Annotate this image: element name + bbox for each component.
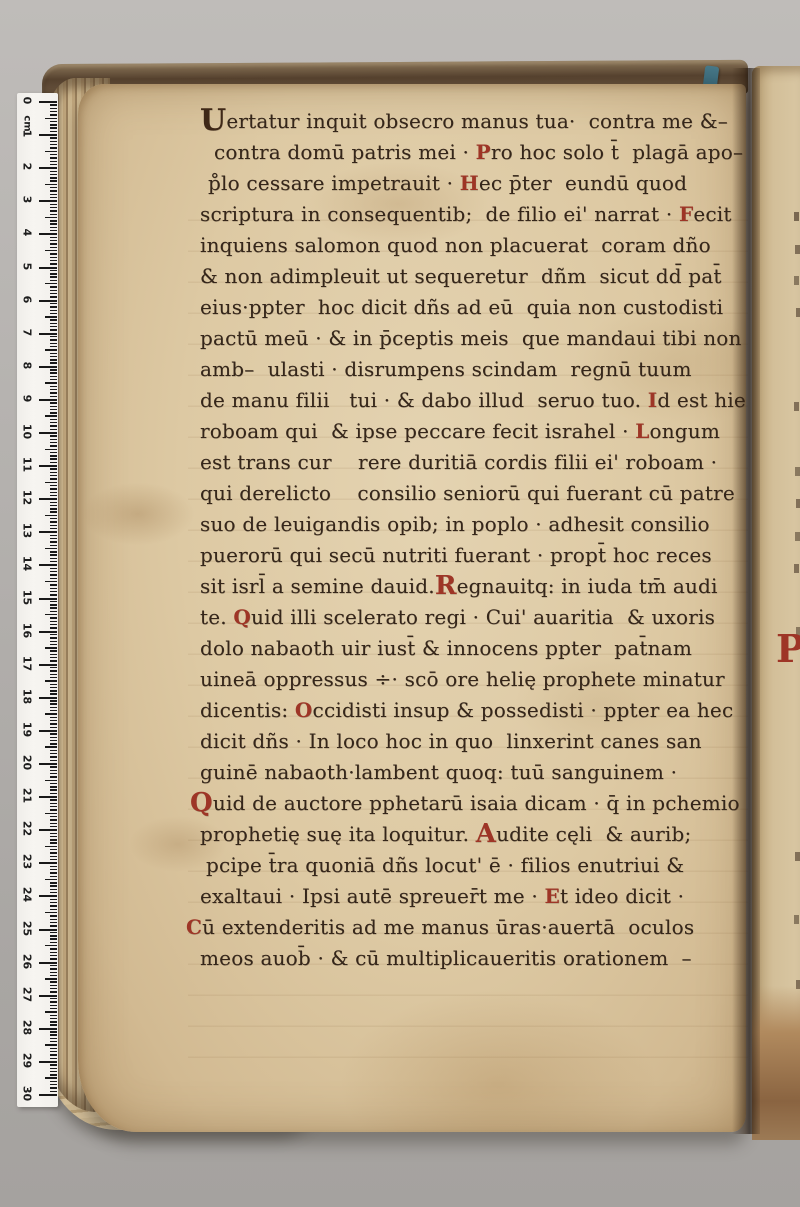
- ruler-number: 13: [21, 516, 34, 546]
- ruler-tick: [50, 326, 57, 327]
- ruler-tick: [50, 207, 57, 208]
- ruler-tick: [50, 756, 57, 757]
- ruler-tick: [50, 905, 57, 906]
- ruler-tick: [50, 770, 57, 771]
- ruler-tick: [50, 177, 57, 178]
- ruler-tick: [45, 746, 57, 747]
- ruler-tick: [50, 690, 57, 691]
- ruler-tick: [50, 412, 57, 413]
- ruler-tick: [39, 995, 57, 997]
- ruler-tick: [50, 588, 57, 589]
- ruler-tick: [50, 819, 57, 820]
- ruler-tick: [50, 171, 57, 172]
- manuscript-line: dolo nabaoth uir iust̄ & innocens ppter …: [200, 633, 760, 664]
- ruler-tick: [50, 545, 57, 546]
- ruler-tick: [50, 1024, 57, 1025]
- ruler-tick: [39, 829, 57, 831]
- ruler-tick: [50, 637, 57, 638]
- ruler-tick: [50, 624, 57, 625]
- ruler-tick: [50, 144, 57, 145]
- ruler-number: 5: [21, 251, 34, 281]
- ruler-tick: [50, 462, 57, 463]
- ruler-tick: [50, 561, 57, 562]
- ruler-tick: [50, 627, 57, 628]
- ruler-tick: [39, 1061, 57, 1063]
- ruler-tick: [45, 548, 57, 549]
- ruler-tick: [50, 478, 57, 479]
- manuscript-page: Uertatur inquit obsecro manus tua· contr…: [78, 84, 746, 1132]
- ruler-tick: [50, 1008, 57, 1009]
- ruler-number: 15: [21, 582, 34, 612]
- ruler-tick: [50, 743, 57, 744]
- ruler-tick: [39, 366, 57, 368]
- ruler-tick: [50, 909, 57, 910]
- ruler-tick: [50, 607, 57, 608]
- ruler-tick: [50, 157, 57, 158]
- ruler-tick: [50, 693, 57, 694]
- ruler-tick: [50, 260, 57, 261]
- ruler-tick: [50, 720, 57, 721]
- ruler-tick: [50, 674, 57, 675]
- ruler-tick: [50, 362, 57, 363]
- ruler-tick: [39, 531, 57, 533]
- ruler-tick: [50, 760, 57, 761]
- ruler-tick: [50, 968, 57, 969]
- ruler-tick: [50, 518, 57, 519]
- ruler-tick: [50, 958, 57, 959]
- ruler-tick: [45, 316, 57, 317]
- ruler-tick: [50, 353, 57, 354]
- ruler-tick: [50, 571, 57, 572]
- ruler-tick: [50, 1034, 57, 1035]
- ruler-tick: [50, 359, 57, 360]
- ruler-tick: [50, 356, 57, 357]
- ruler-number: 16: [21, 615, 34, 645]
- manuscript-line: Uertatur inquit obsecro manus tua· contr…: [200, 106, 760, 137]
- ruler-tick: [50, 972, 57, 973]
- ruler-number: 9: [21, 383, 34, 413]
- ruler-tick: [50, 310, 57, 311]
- ruler-tick: [50, 1058, 57, 1059]
- ruler-tick: [50, 104, 57, 105]
- manuscript-line: roboam qui & ipse peccare fecit israhel …: [200, 416, 760, 447]
- ruler-tick: [50, 131, 57, 132]
- ruler-tick: [50, 806, 57, 807]
- manuscript-line: uineā oppressus ÷· scō ore helię prophet…: [200, 664, 760, 695]
- ruler-tick: [50, 793, 57, 794]
- ruler-tick: [50, 108, 57, 109]
- ruler-tick: [50, 981, 57, 982]
- ruler-tick: [50, 932, 57, 933]
- ruler-tick: [50, 551, 57, 552]
- ruler-tick: [50, 263, 57, 264]
- ruler-tick: [39, 895, 57, 897]
- ruler-tick: [50, 502, 57, 503]
- ruler-tick: [50, 823, 57, 824]
- ruler-tick: [50, 372, 57, 373]
- ruler-number: 26: [21, 946, 34, 976]
- ruler-tick: [50, 369, 57, 370]
- ruler-tick: [50, 452, 57, 453]
- ruler-tick: [50, 492, 57, 493]
- ruler-tick: [50, 392, 57, 393]
- manuscript-line: Quid de auctore pphetarū isaia dicam · q…: [190, 788, 760, 819]
- ruler-tick: [50, 1048, 57, 1049]
- ruler-tick: [45, 945, 57, 946]
- ruler-tick: [50, 988, 57, 989]
- ruler-tick: [50, 455, 57, 456]
- ruler-tick: [50, 190, 57, 191]
- ruler-tick: [39, 498, 57, 500]
- ruler-tick: [50, 1005, 57, 1006]
- ruler-tick: [50, 204, 57, 205]
- ruler-tick: [50, 849, 57, 850]
- ruler-tick: [50, 985, 57, 986]
- ruler-tick: [50, 425, 57, 426]
- ruler-tick: [50, 293, 57, 294]
- ruler-tick: [50, 1064, 57, 1065]
- ruler-tick: [50, 1038, 57, 1039]
- ruler-number: 21: [21, 781, 34, 811]
- manuscript-line: suo de leuigandis opib; in poplo · adhes…: [200, 509, 760, 540]
- manuscript-text: Uertatur inquit obsecro manus tua· contr…: [200, 106, 760, 974]
- ruler-tick: [50, 789, 57, 790]
- manuscript-line: dicentis: Occidisti insup & possedisti ·…: [200, 695, 760, 726]
- ruler-tick: [50, 124, 57, 125]
- ruler-number: 27: [21, 979, 34, 1009]
- ruler-tick: [45, 1044, 57, 1045]
- ruler-tick: [50, 925, 57, 926]
- manuscript-line: dicit dñs · In loco hoc in quo linxerint…: [200, 726, 760, 757]
- ruler-tick: [45, 283, 57, 284]
- ruler-tick: [50, 902, 57, 903]
- ruler-tick: [45, 581, 57, 582]
- ruler-tick: [50, 296, 57, 297]
- ruler-tick: [50, 687, 57, 688]
- ruler-tick: [50, 1041, 57, 1042]
- ruler-tick: [50, 998, 57, 999]
- ruler-tick: [39, 564, 57, 566]
- manuscript-line: Cū extenderitis ad me manus ūras·auertā …: [186, 912, 760, 943]
- ruler-tick: [50, 842, 57, 843]
- ruler-tick: [50, 528, 57, 529]
- ruler-tick: [50, 1084, 57, 1085]
- ruler-tick: [50, 667, 57, 668]
- ruler-tick: [50, 223, 57, 224]
- ruler-number: 2: [21, 152, 34, 182]
- ruler-tick: [50, 386, 57, 387]
- ruler-tick: [45, 217, 57, 218]
- ruler-tick: [50, 121, 57, 122]
- ruler-tick: [50, 435, 57, 436]
- ruler-tick: [50, 727, 57, 728]
- ruler-tick: [50, 773, 57, 774]
- ruler-tick: [50, 654, 57, 655]
- ruler-tick: [39, 134, 57, 136]
- ruler-number: 22: [21, 814, 34, 844]
- gutter-shadow: [732, 68, 760, 1134]
- ruler-tick: [50, 323, 57, 324]
- ruler-tick: [50, 965, 57, 966]
- ruler-tick: [50, 660, 57, 661]
- ruler-tick: [50, 723, 57, 724]
- ruler-tick: [50, 194, 57, 195]
- ruler-tick: [50, 247, 57, 248]
- ruler-tick: [50, 1074, 57, 1075]
- ruler-tick: [50, 114, 57, 115]
- ruler-tick: [50, 1031, 57, 1032]
- ruler-tick: [45, 250, 57, 251]
- ruler-tick: [50, 1018, 57, 1019]
- ruler-tick: [50, 710, 57, 711]
- ruler-tick: [50, 147, 57, 148]
- ruler-tick: [50, 892, 57, 893]
- ruler-tick: [39, 796, 57, 798]
- manuscript-line: eius·ppter hoc dicit dñs ad eū quia non …: [200, 292, 760, 323]
- ruler-tick: [39, 862, 57, 864]
- ruler-tick: [50, 650, 57, 651]
- ruler-tick: [39, 1028, 57, 1030]
- ruler-tick: [50, 111, 57, 112]
- ruler-tick: [50, 409, 57, 410]
- ruler-tick: [50, 227, 57, 228]
- ruler-tick: [50, 975, 57, 976]
- ruler-tick: [50, 1081, 57, 1082]
- ruler-tick: [45, 1077, 57, 1078]
- ruler-tick: [45, 482, 57, 483]
- ruler-tick: [50, 799, 57, 800]
- ruler-number: 17: [21, 648, 34, 678]
- ruler-tick: [50, 1015, 57, 1016]
- ruler-tick: [50, 889, 57, 890]
- ruler-tick: [50, 952, 57, 953]
- ruler-tick: [39, 333, 57, 335]
- ruler-tick: [50, 442, 57, 443]
- ruler-tick: [50, 856, 57, 857]
- ruler-tick: [45, 879, 57, 880]
- ruler-tick: [50, 872, 57, 873]
- ruler-tick: [50, 220, 57, 221]
- ruler-tick: [50, 677, 57, 678]
- ruler-tick: [50, 273, 57, 274]
- ruler-tick: [50, 584, 57, 585]
- manuscript-line: prophetię suę ita loquitur. Audite cęli …: [200, 819, 760, 850]
- ruler-tick: [39, 631, 57, 633]
- ruler-tick: [45, 647, 57, 648]
- ruler-tick: [50, 816, 57, 817]
- ruler-tick: [50, 339, 57, 340]
- ruler-tick: [50, 468, 57, 469]
- ruler-tick: [45, 415, 57, 416]
- ruler-tick: [50, 276, 57, 277]
- ruler-tick: [50, 750, 57, 751]
- ruler-tick: [39, 730, 57, 732]
- ruler-tick: [50, 511, 57, 512]
- ruler-tick: [39, 697, 57, 699]
- ruler-tick: [50, 396, 57, 397]
- ruler-tick: [50, 935, 57, 936]
- manuscript-photograph: Uertatur inquit obsecro manus tua· contr…: [0, 0, 800, 1207]
- ruler-tick: [39, 167, 57, 169]
- ruler-number: 6: [21, 284, 34, 314]
- ruler-tick: [50, 1087, 57, 1088]
- ruler-tick: [50, 164, 57, 165]
- ruler-tick: [50, 439, 57, 440]
- ruler-tick: [50, 270, 57, 271]
- ruler-tick: [39, 763, 57, 765]
- ruler-tick: [50, 604, 57, 605]
- manuscript-line: sit isrl̄ a semine dauid.Regnauitq: in i…: [200, 571, 760, 602]
- ruler-tick: [45, 978, 57, 979]
- manuscript-line: inquiens salomon quod non placuerat cora…: [200, 230, 760, 261]
- ruler-tick: [50, 1054, 57, 1055]
- ruler-tick: [50, 641, 57, 642]
- manuscript-line: pactū meū · & in p̄ceptis meis que manda…: [200, 323, 760, 354]
- cm-ruler: 0123456789101112131415161718192021222324…: [17, 93, 58, 1107]
- ruler-tick: [45, 118, 57, 119]
- ruler-number: 28: [21, 1012, 34, 1042]
- ruler-tick: [50, 826, 57, 827]
- ruler-tick: [45, 813, 57, 814]
- ruler-tick: [50, 594, 57, 595]
- ruler-tick: [50, 505, 57, 506]
- ruler-tick: [50, 535, 57, 536]
- ruler-tick: [45, 515, 57, 516]
- ruler-number: 8: [21, 350, 34, 380]
- facing-page-text-slivers: [794, 212, 799, 221]
- ruler-tick: [50, 303, 57, 304]
- ruler-unit-label: cm: [22, 109, 33, 139]
- ruler-tick: [50, 379, 57, 380]
- ruler-tick: [45, 449, 57, 450]
- ruler-tick: [50, 833, 57, 834]
- ruler-tick: [50, 948, 57, 949]
- ruler-tick: [50, 591, 57, 592]
- ruler-tick: [50, 319, 57, 320]
- ruler-tick: [50, 525, 57, 526]
- ruler-tick: [50, 197, 57, 198]
- ruler-tick: [50, 733, 57, 734]
- ruler-tick: [50, 154, 57, 155]
- ruler-tick: [39, 267, 57, 269]
- ruler-tick: [50, 634, 57, 635]
- manuscript-line: amb– ulasti · disrumpens scindam regnū t…: [200, 354, 760, 385]
- ruler-tick: [50, 538, 57, 539]
- manuscript-line: est trans cur rere duritiā cordis filii …: [200, 447, 760, 478]
- ruler-tick: [50, 753, 57, 754]
- ruler-tick: [39, 962, 57, 964]
- ruler-tick: [50, 670, 57, 671]
- ruler-tick: [50, 717, 57, 718]
- ruler-tick: [50, 336, 57, 337]
- ruler-tick: [39, 929, 57, 931]
- ruler-number: 24: [21, 880, 34, 910]
- ruler-tick: [50, 280, 57, 281]
- ruler-tick: [50, 700, 57, 701]
- manuscript-line: & non adimpleuit ut sequeretur dñm sicut…: [200, 261, 760, 292]
- ruler-tick: [50, 230, 57, 231]
- ruler-tick: [50, 141, 57, 142]
- manuscript-line: qui derelicto consilio seniorū qui fuera…: [200, 478, 760, 509]
- ruler-number: 29: [21, 1045, 34, 1075]
- ruler-tick: [50, 402, 57, 403]
- ruler-tick: [50, 137, 57, 138]
- ruler-tick: [45, 349, 57, 350]
- ruler-tick: [50, 346, 57, 347]
- ruler-tick: [50, 343, 57, 344]
- ruler-tick: [50, 852, 57, 853]
- ruler-tick: [45, 912, 57, 913]
- ruler-tick: [45, 780, 57, 781]
- ruler-tick: [50, 942, 57, 943]
- ruler-tick: [50, 574, 57, 575]
- ruler-tick: [50, 554, 57, 555]
- ruler-tick: [50, 210, 57, 211]
- manuscript-line: te. Quid illi scelerato regi · Cui' auar…: [200, 602, 760, 633]
- ruler-number: 19: [21, 714, 34, 744]
- ruler-tick: [50, 1068, 57, 1069]
- ruler-tick: [45, 184, 57, 185]
- ruler-tick: [50, 621, 57, 622]
- ruler-tick: [50, 174, 57, 175]
- ruler-number: 23: [21, 847, 34, 877]
- facing-page-red-initial: P: [776, 626, 800, 671]
- ruler-tick: [39, 233, 57, 235]
- ruler-tick: [50, 601, 57, 602]
- ruler-tick: [50, 859, 57, 860]
- ruler-tick: [50, 809, 57, 810]
- ruler-tick: [50, 243, 57, 244]
- ruler-tick: [50, 1071, 57, 1072]
- ruler-tick: [50, 240, 57, 241]
- ruler-tick: [50, 915, 57, 916]
- manuscript-line: puerorū qui secū nutriti fuerant · propt…: [200, 540, 760, 571]
- ruler-tick: [50, 919, 57, 920]
- ruler-tick: [50, 1001, 57, 1002]
- ruler-number: 18: [21, 681, 34, 711]
- ruler-tick: [50, 458, 57, 459]
- ruler-tick: [50, 521, 57, 522]
- manuscript-line: exaltaui · Ipsi autē spreuer̄t me · Et i…: [200, 881, 760, 912]
- ruler-number: 11: [21, 450, 34, 480]
- ruler-number: 4: [21, 218, 34, 248]
- ruler-tick: [50, 684, 57, 685]
- ruler-tick: [50, 783, 57, 784]
- ruler-tick: [50, 568, 57, 569]
- ruler-tick: [50, 1051, 57, 1052]
- ruler-tick: [50, 127, 57, 128]
- ruler-tick: [50, 578, 57, 579]
- ruler-tick: [39, 101, 57, 103]
- ruler-tick: [50, 611, 57, 612]
- ruler-tick: [45, 151, 57, 152]
- ruler-tick: [50, 508, 57, 509]
- ruler-tick: [45, 713, 57, 714]
- ruler-tick: [50, 657, 57, 658]
- ruler-tick: [50, 766, 57, 767]
- ruler-tick: [50, 541, 57, 542]
- ruler-tick: [50, 475, 57, 476]
- ruler-tick: [39, 432, 57, 434]
- ruler-tick: [50, 389, 57, 390]
- ruler-number: 25: [21, 913, 34, 943]
- ruler-tick: [50, 869, 57, 870]
- ruler-tick: [50, 161, 57, 162]
- manuscript-line: p̊lo cessare impetrauit · Hec p̄ter eund…: [208, 168, 760, 199]
- ruler-tick: [50, 922, 57, 923]
- ruler-tick: [50, 839, 57, 840]
- ruler-tick: [50, 253, 57, 254]
